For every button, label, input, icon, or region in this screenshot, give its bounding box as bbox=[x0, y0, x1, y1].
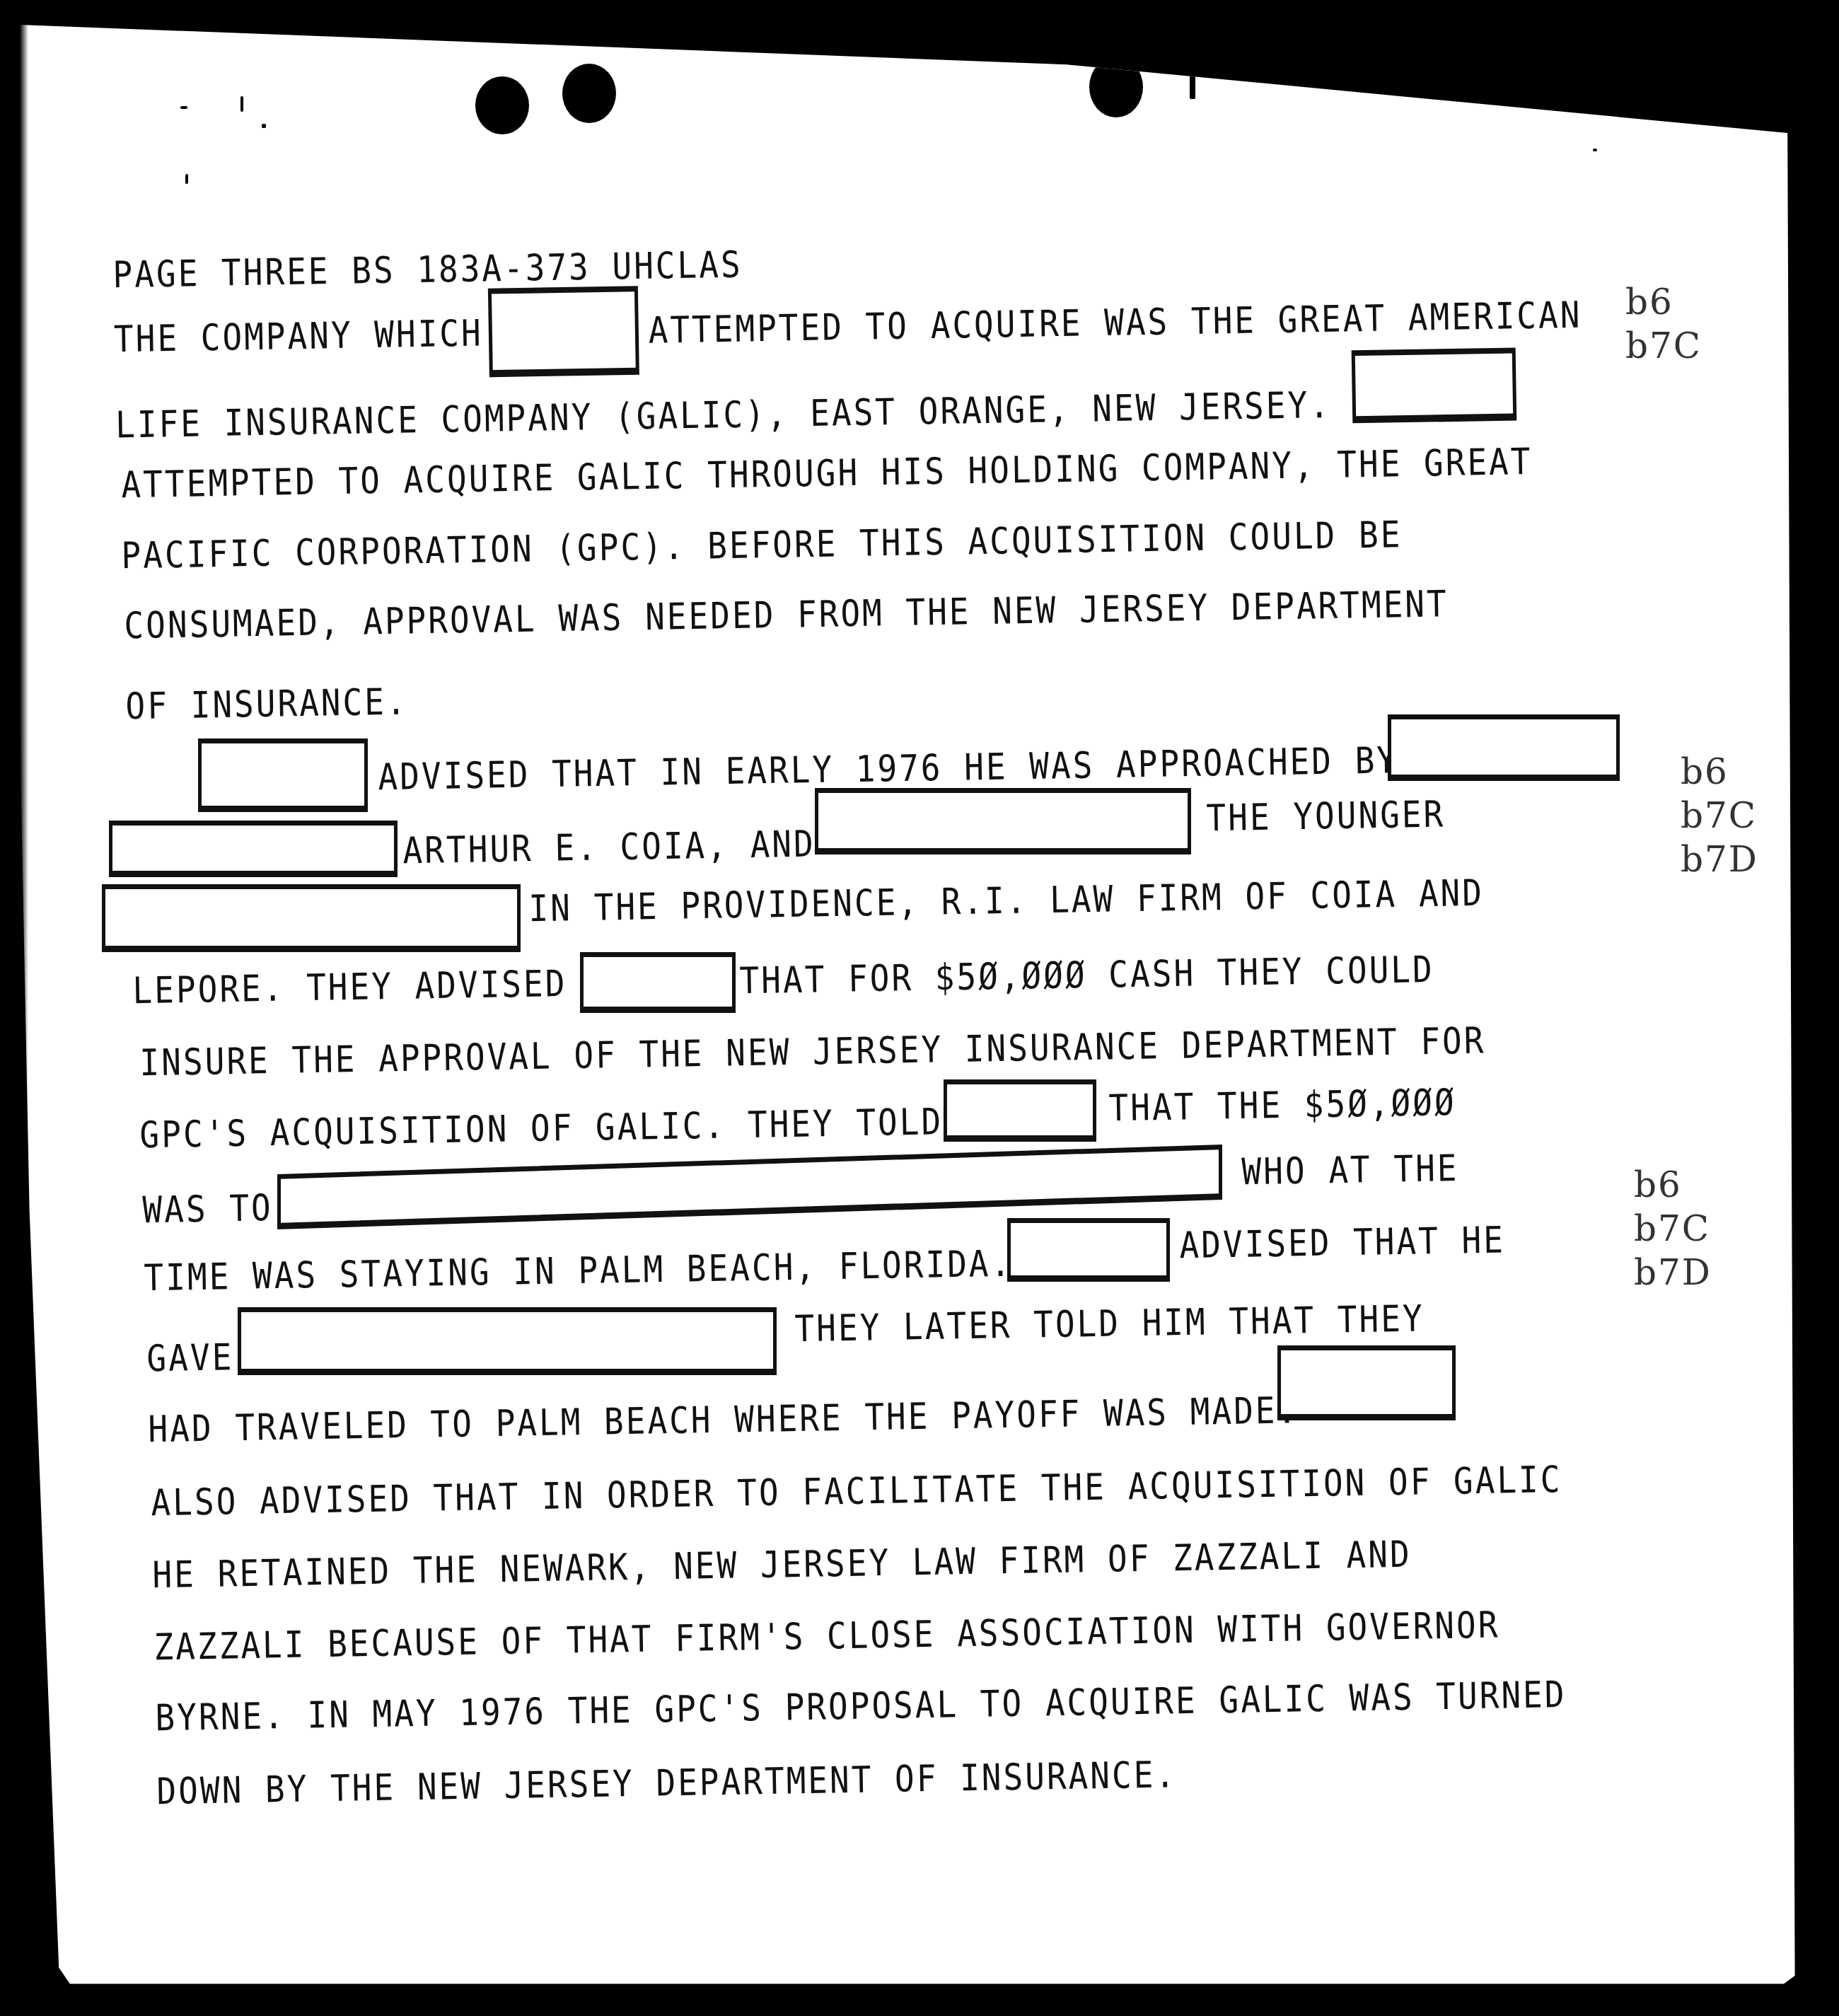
redaction-box bbox=[1388, 714, 1620, 781]
text-line: THEY LATER TOLD HIM THAT THEY bbox=[794, 1300, 1425, 1347]
text-line: DOWN BY THE NEW JERSEY DEPARTMENT OF INS… bbox=[156, 1756, 1177, 1809]
text-line: CONSUMAED, APPROVAL WAS NEEDED FROM THE … bbox=[124, 585, 1449, 644]
text-segment: LIFE INSURANCE COMPANY (GALIC), EAST ORA… bbox=[115, 386, 1332, 443]
redaction-box bbox=[102, 884, 521, 952]
exemption-codes: b6 b7C b7D bbox=[1681, 750, 1758, 881]
text-segment: ARTHUR E. COIA, AND bbox=[402, 825, 816, 869]
speck bbox=[1582, 42, 1584, 57]
text-segment: THE COMPANY WHICH bbox=[114, 315, 484, 357]
text-line: ADVISED THAT IN EARLY 1976 HE WAS APPROA… bbox=[378, 742, 1398, 795]
text-segment: DOWN BY THE NEW JERSEY DEPARTMENT OF INS… bbox=[156, 1756, 1177, 1809]
exemption-code: b6 bbox=[1681, 750, 1758, 794]
speck bbox=[240, 96, 243, 112]
exemption-code: b7C bbox=[1681, 794, 1758, 838]
punch-hole bbox=[475, 76, 529, 134]
speck bbox=[185, 174, 188, 184]
text-line: ADVISED THAT HE bbox=[1179, 1222, 1505, 1263]
text-line: HE RETAINED THE NEWARK, NEW JERSEY LAW F… bbox=[152, 1536, 1412, 1593]
text-line: TIME WAS STAYING IN PALM BEACH, FLORIDA. bbox=[144, 1245, 1012, 1296]
text-line: WHO AT THE bbox=[1241, 1149, 1459, 1190]
text-segment: ADVISED THAT IN EARLY 1976 HE WAS APPROA… bbox=[378, 742, 1398, 795]
text-segment: THE YOUNGER bbox=[1206, 796, 1445, 836]
scan-edge-bottom bbox=[0, 1985, 1839, 2016]
text-segment: OF INSURANCE. bbox=[125, 683, 408, 724]
text-line: GPC'S ACQUISITION OF GALIC. THEY TOLD bbox=[139, 1103, 943, 1153]
text-segment: HE RETAINED THE NEWARK, NEW JERSEY LAW F… bbox=[152, 1536, 1412, 1593]
text-segment: INSURE THE APPROVAL OF THE NEW JERSEY IN… bbox=[139, 1022, 1486, 1081]
redaction-box bbox=[1277, 1345, 1456, 1420]
text-segment: GAVE bbox=[146, 1338, 234, 1377]
redaction-box bbox=[944, 1079, 1096, 1142]
text-segment: ATTEMPTED TO ACQUIRE WAS THE GREAT AMERI… bbox=[648, 296, 1582, 348]
punch-hole bbox=[1089, 57, 1143, 117]
text-line: ARTHUR E. COIA, AND bbox=[402, 825, 816, 869]
text-line: GAVE bbox=[146, 1338, 234, 1377]
redaction-box bbox=[277, 1145, 1222, 1229]
exemption-codes: b6 b7C bbox=[1625, 280, 1702, 368]
text-line: INSURE THE APPROVAL OF THE NEW JERSEY IN… bbox=[139, 1022, 1486, 1081]
text-line: OF INSURANCE. bbox=[125, 683, 408, 724]
punch-hole bbox=[562, 64, 616, 123]
document-page: PAGE THREE BS 183A-373 UHCLAS THE COMPAN… bbox=[0, 0, 1839, 2016]
text-line: WAS TO bbox=[142, 1189, 273, 1228]
speck bbox=[180, 106, 187, 109]
text-line: LEPORE. THEY ADVISED bbox=[132, 965, 567, 1009]
text-segment: ZAZZALI BECAUSE OF THAT FIRM'S CLOSE ASS… bbox=[153, 1606, 1500, 1665]
text-segment: PACIFIC CORPORATION (GPC). BEFORE THIS A… bbox=[121, 516, 1403, 574]
speck bbox=[1593, 149, 1597, 151]
text-segment: TIME WAS STAYING IN PALM BEACH, FLORIDA. bbox=[144, 1245, 1012, 1296]
text-segment: WAS TO bbox=[142, 1189, 273, 1228]
redaction-box bbox=[198, 738, 368, 812]
redaction-box bbox=[1352, 347, 1517, 423]
text-line: ZAZZALI BECAUSE OF THAT FIRM'S CLOSE ASS… bbox=[153, 1606, 1500, 1665]
exemption-code: b7C bbox=[1634, 1207, 1712, 1251]
exemption-code: b7D bbox=[1634, 1251, 1712, 1294]
exemption-code: b7C bbox=[1625, 324, 1702, 368]
redaction-box bbox=[1007, 1218, 1170, 1282]
text-segment: THEY LATER TOLD HIM THAT THEY bbox=[794, 1300, 1425, 1347]
redaction-box bbox=[815, 788, 1191, 855]
text-segment: ADVISED THAT HE bbox=[1179, 1222, 1505, 1263]
speck bbox=[1692, 71, 1695, 81]
speck bbox=[262, 124, 266, 128]
text-segment: IN THE PROVIDENCE, R.I. LAW FIRM OF COIA… bbox=[528, 874, 1484, 927]
text-line: THAT THE $5Ø,ØØØ bbox=[1108, 1084, 1456, 1126]
text-line: PACIFIC CORPORATION (GPC). BEFORE THIS A… bbox=[121, 516, 1403, 574]
redaction-box bbox=[488, 286, 639, 377]
punch-hole bbox=[1157, 23, 1208, 74]
text-segment: THAT THE $5Ø,ØØØ bbox=[1108, 1084, 1456, 1126]
text-segment: WHO AT THE bbox=[1241, 1149, 1459, 1190]
text-segment: HAD TRAVELED TO PALM BEACH WHERE THE PAY… bbox=[148, 1392, 1299, 1447]
speck bbox=[1190, 71, 1195, 99]
text-segment: ALSO ADVISED THAT IN ORDER TO FACILITATE… bbox=[151, 1461, 1562, 1521]
redaction-box bbox=[238, 1307, 777, 1375]
exemption-code: b7D bbox=[1681, 838, 1758, 881]
text-line: HAD TRAVELED TO PALM BEACH WHERE THE PAY… bbox=[148, 1392, 1299, 1447]
exemption-code: b6 bbox=[1634, 1163, 1712, 1207]
text-segment: BYRNE. IN MAY 1976 THE GPC'S PROPOSAL TO… bbox=[155, 1676, 1567, 1736]
scan-edge-left bbox=[0, 0, 28, 2016]
redaction-box bbox=[109, 821, 398, 877]
text-line: THAT FOR $5Ø,ØØØ CASH THEY COULD bbox=[739, 951, 1434, 999]
text-line: BYRNE. IN MAY 1976 THE GPC'S PROPOSAL TO… bbox=[155, 1676, 1567, 1736]
text-segment: GPC'S ACQUISITION OF GALIC. THEY TOLD bbox=[139, 1103, 943, 1153]
text-line: ALSO ADVISED THAT IN ORDER TO FACILITATE… bbox=[151, 1461, 1562, 1521]
redaction-box bbox=[580, 952, 736, 1013]
text-line: THE YOUNGER bbox=[1206, 796, 1445, 836]
text-segment: LEPORE. THEY ADVISED bbox=[132, 965, 567, 1009]
exemption-codes: b6 b7C b7D bbox=[1634, 1163, 1712, 1294]
text-segment: CONSUMAED, APPROVAL WAS NEEDED FROM THE … bbox=[124, 585, 1449, 644]
text-segment: THAT FOR $5Ø,ØØØ CASH THEY COULD bbox=[739, 951, 1434, 999]
exemption-code: b6 bbox=[1625, 280, 1702, 324]
text-line: IN THE PROVIDENCE, R.I. LAW FIRM OF COIA… bbox=[528, 874, 1484, 927]
